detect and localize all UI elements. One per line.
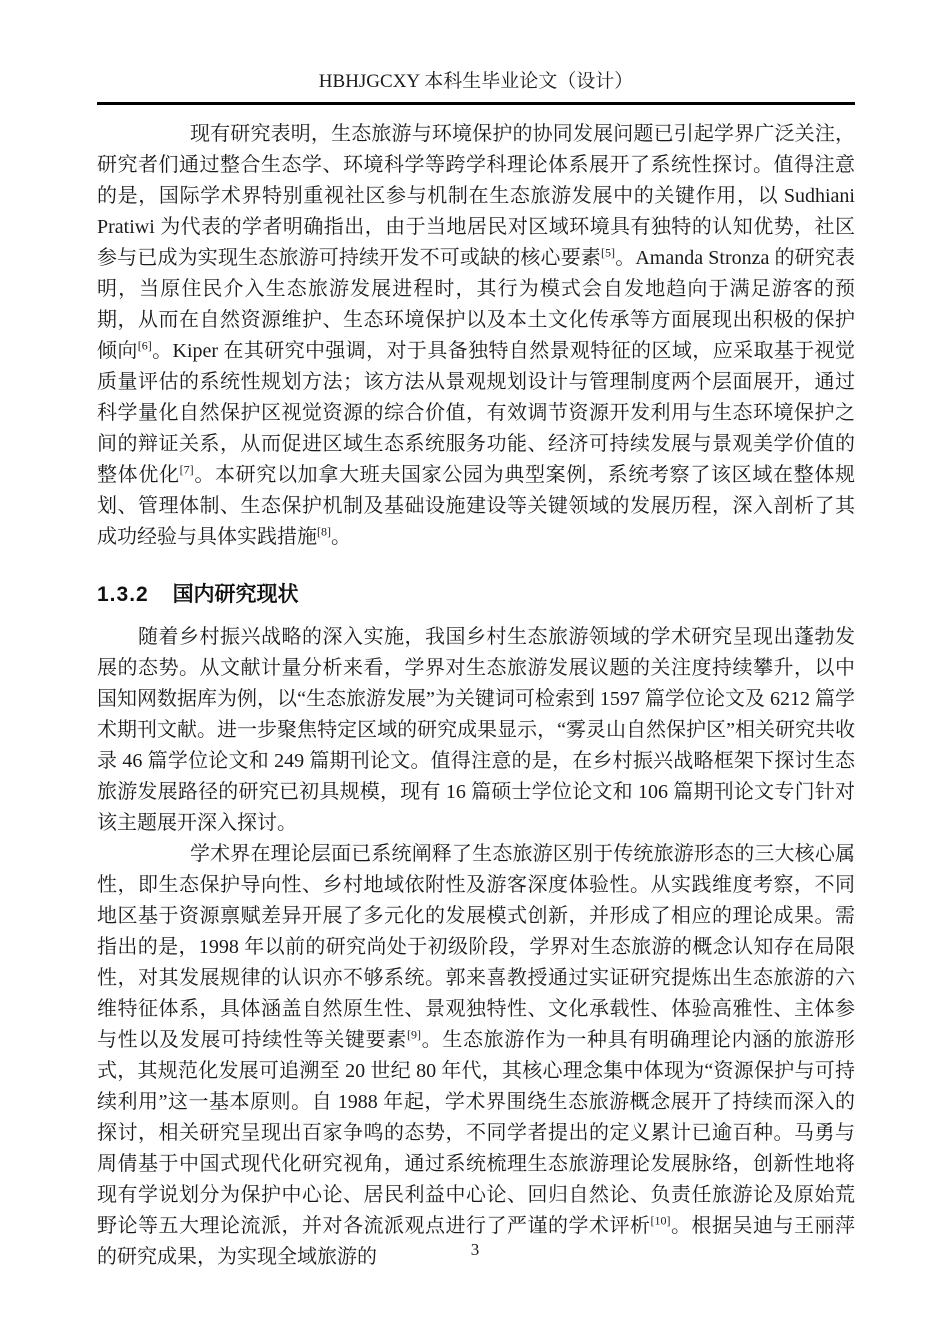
body-paragraph-3: 学术界在理论层面已系统阐释了生态旅游区别于传统旅游形态的三大核心属性，即生态保护… — [97, 839, 855, 1273]
footnote-ref: [9] — [407, 1027, 421, 1041]
footnote-ref: [7] — [180, 462, 194, 476]
heading-text: 国内研究现状 — [173, 583, 299, 606]
page: HBHJGCXY 本科生毕业论文（设计） 现有研究表明，生态旅游与环境保护的协同… — [0, 0, 950, 1344]
footnote-ref: [10] — [651, 1213, 671, 1227]
document-body: 现有研究表明，生态旅游与环境保护的协同发展问题已引起学界广泛关注，研究者们通过整… — [97, 105, 855, 1273]
body-paragraph-1: 现有研究表明，生态旅游与环境保护的协同发展问题已引起学界广泛关注，研究者们通过整… — [97, 119, 855, 553]
page-number: 3 — [471, 1240, 480, 1259]
heading-number: 1.3.2 — [97, 583, 149, 606]
section-heading-1-3-2: 1.3.2 国内研究现状 — [97, 579, 855, 610]
footnote-ref: [5] — [601, 245, 615, 259]
body-paragraph-2: 随着乡村振兴战略的深入实施，我国乡村生态旅游领域的学术研究呈现出蓬勃发展的态势。… — [97, 622, 855, 839]
footnote-ref: [8] — [317, 524, 331, 538]
page-header: HBHJGCXY 本科生毕业论文（设计） — [97, 0, 855, 94]
footnote-ref: [6] — [138, 338, 152, 352]
page-footer: 3 — [0, 1240, 950, 1260]
header-title: HBHJGCXY 本科生毕业论文（设计） — [97, 70, 855, 94]
